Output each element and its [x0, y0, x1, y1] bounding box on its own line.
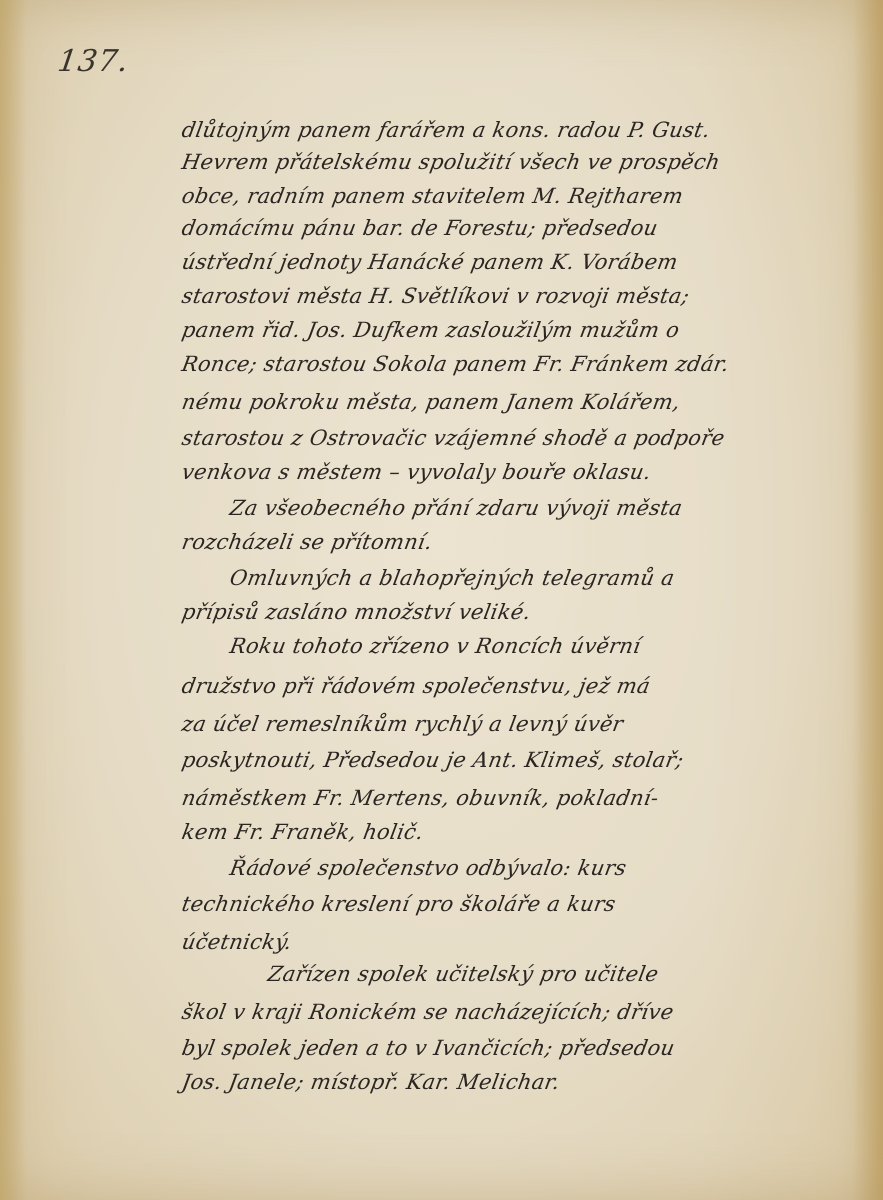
handwritten-line: technického kreslení pro školáře a kurs [180, 892, 618, 916]
handwritten-line: byl spolek jeden a to v Ivančicích; před… [180, 1036, 677, 1060]
handwritten-line: účetnický. [180, 930, 294, 954]
handwritten-line: Ronce; starostou Sokola panem Fr. Fránke… [180, 352, 731, 376]
handwritten-line: domácímu pánu bar. de Forestu; předsedou [180, 216, 660, 240]
handwritten-line: poskytnouti, Předsedou je Ant. Klimeš, s… [180, 748, 686, 772]
handwritten-line: Hevrem přátelskému spolužití všech ve pr… [180, 150, 722, 174]
handwritten-line: ústřední jednoty Hanácké panem K. Vorábe… [180, 250, 680, 274]
handwritten-line: panem řid. Jos. Dufkem zasloužilým mužům… [180, 318, 681, 342]
handwritten-line: přípisů zasláno množství veliké. [180, 600, 533, 624]
handwritten-line: rozcházeli se přítomní. [180, 530, 434, 554]
handwritten-line: škol v kraji Ronickém se nacházejících; … [180, 1000, 676, 1024]
handwritten-line: starostovi města H. Světlíkovi v rozvoji… [180, 284, 691, 308]
handwritten-line: náměstkem Fr. Mertens, obuvník, pokladní… [180, 786, 661, 810]
page-number: 137. [56, 44, 132, 79]
handwritten-line: družstvo při řádovém společenstvu, jež m… [180, 674, 652, 698]
handwritten-line: Za všeobecného přání zdaru vývoji města [228, 496, 684, 520]
manuscript-page: 137. dlůtojným panem farářem a kons. rad… [0, 0, 883, 1200]
handwritten-line: dlůtojným panem farářem a kons. radou P.… [180, 118, 712, 142]
handwritten-line: Řádové společenstvo odbývalo: kurs [228, 856, 628, 880]
handwritten-line: obce, radním panem stavitelem M. Rejthar… [180, 184, 685, 208]
handwritten-line: Roku tohoto zřízeno v Roncích úvěrní [228, 634, 643, 658]
handwritten-line: Jos. Janele; místopř. Kar. Melichar. [180, 1070, 562, 1094]
handwritten-line: venkova s městem – vyvolaly bouře oklasu… [180, 460, 653, 484]
handwritten-line: nému pokroku města, panem Janem Kolářem, [180, 390, 682, 414]
handwritten-line: Zařízen spolek učitelský pro učitele [266, 962, 660, 986]
handwritten-line: Omluvných a blahopřejných telegramů a [228, 566, 676, 590]
handwritten-line: za účel remeslníkům rychlý a levný úvěr [180, 712, 625, 736]
handwritten-line: starostou z Ostrovačic vzájemné shodě a … [180, 426, 727, 450]
handwritten-line: kem Fr. Franěk, holič. [180, 820, 425, 844]
